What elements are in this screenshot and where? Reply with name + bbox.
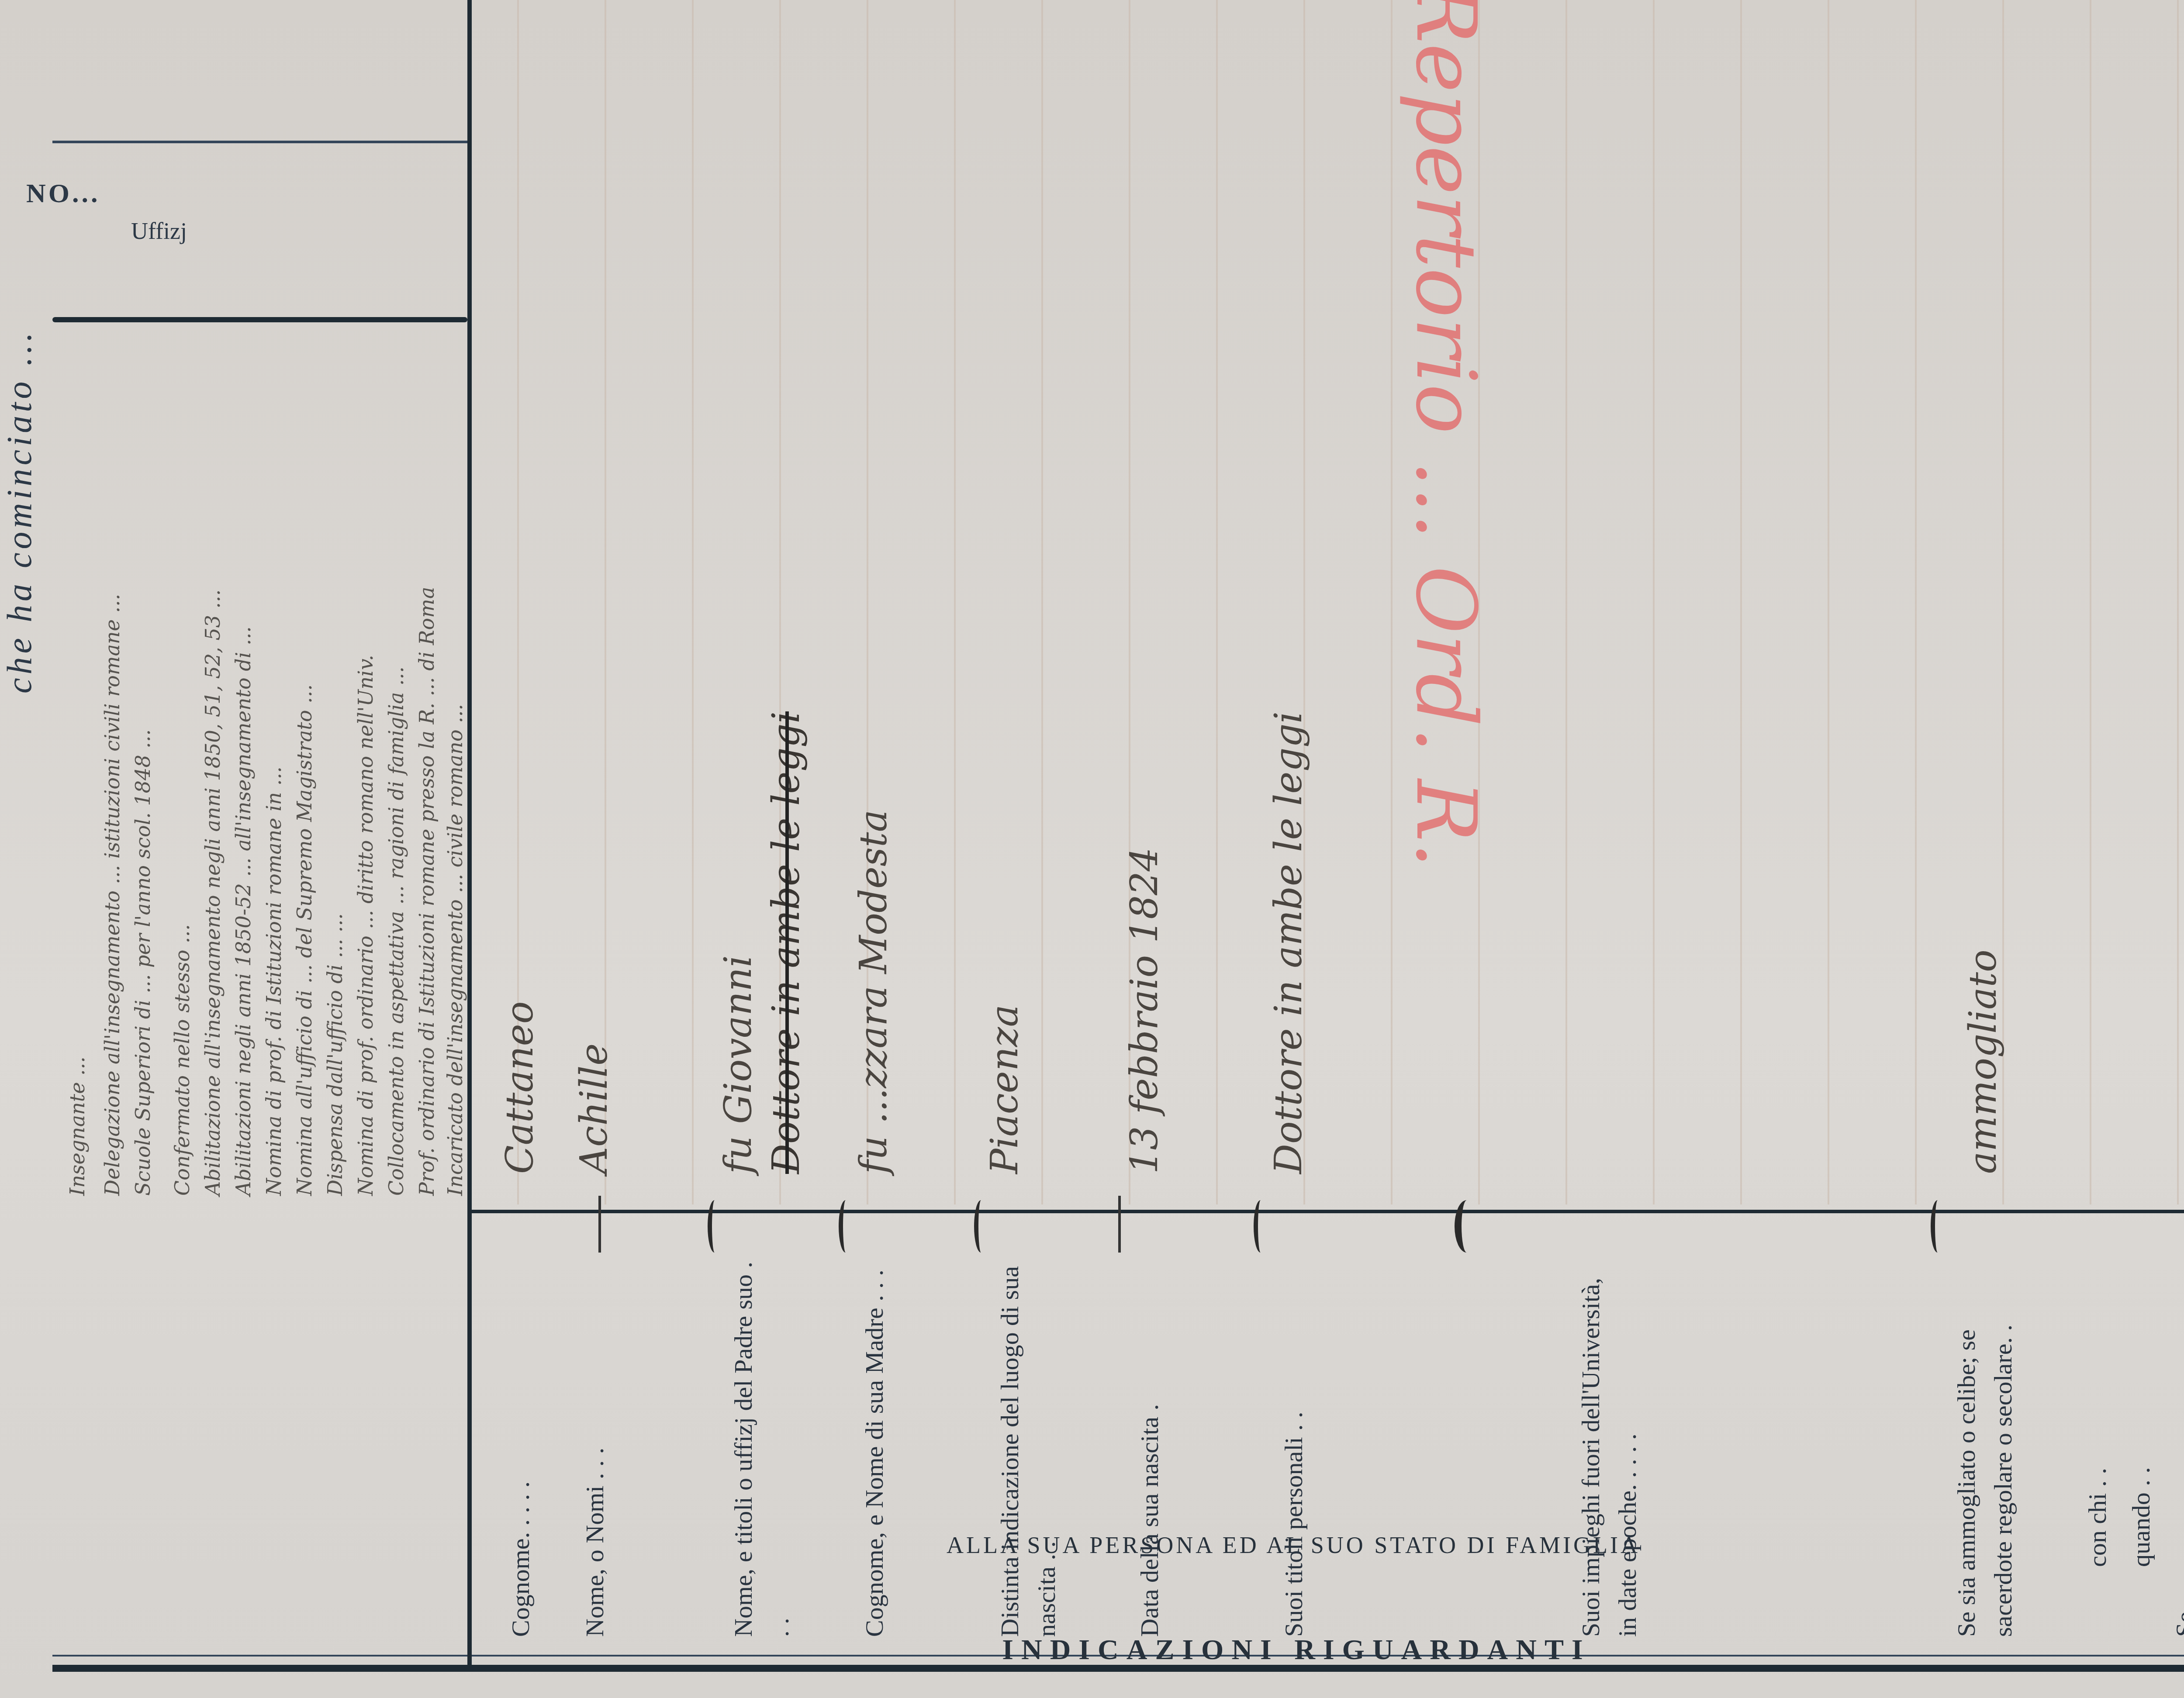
label-padre: Nome, e titoli o uffizj del Padre suo . … (725, 1253, 798, 1637)
value-cognome: Cattaneo (498, 1001, 542, 1174)
header-divider (467, 0, 472, 1672)
red-pencil-annotation: Repertorio ... Ord. R. (1398, 0, 1494, 868)
document-page: che ha cominciato ... NO... Uffizj Inseg… (0, 0, 2184, 1698)
column-divider-thin (52, 141, 467, 143)
label-quando: quando . . (2123, 1183, 2160, 1567)
row-brace (1254, 1200, 1268, 1253)
top-caption: che ha cominciato ... (0, 329, 40, 694)
office-entry: Collocamento in aspettativa ... ragioni … (384, 666, 408, 1196)
office-entry: Nomina di prof. ordinario ... diritto ro… (354, 655, 377, 1196)
row-brace (1455, 1200, 1479, 1253)
row-brace (839, 1200, 853, 1253)
row-separator (1118, 1196, 1121, 1253)
value-stato-civile: ammogliato (1961, 949, 2005, 1174)
section-title: INDICAZIONI RIGUARDANTI (641, 1633, 1952, 1667)
office-entry: Incaricato dell'insegnamento ... civile … (443, 704, 467, 1196)
label-impieghi: Suoi impieghi fuori dell'Università, in … (1572, 1253, 1646, 1637)
office-entry: Scuole Superiori di ... per l'anno scol.… (131, 729, 155, 1196)
row-separator (598, 1196, 601, 1253)
label-stato-civile: Se sia ammogliato o celibe; se sacerdote… (1948, 1253, 2022, 1637)
office-entry: Nomina di prof. di Istituzioni romane in… (262, 766, 286, 1196)
office-entry: Nomina all'ufficio di ... del Supremo Ma… (293, 684, 316, 1196)
label-con-chi: con chi . . (2079, 1183, 2116, 1567)
label-se: Se... (2167, 1253, 2184, 1637)
label-data-nascita: Data della sua nascita . (1131, 1253, 1168, 1637)
row-brace (708, 1200, 722, 1253)
office-entry: Delegazione all'insegnamento ... istituz… (100, 594, 124, 1196)
right-column-title: NO... (26, 178, 100, 209)
office-entry: Dispensa dall'ufficio di ... ... (323, 913, 347, 1196)
label-titoli: Suoi titoli personali . . (1275, 1253, 1312, 1637)
column-divider (52, 317, 467, 322)
value-nome: Achille (572, 1043, 616, 1174)
office-entry: Insegnante ... (66, 1056, 89, 1196)
office-entry: Abilitazione all'insegnamento negli anni… (201, 590, 225, 1196)
label-luogo-nascita: Distinta indicazione del luogo di sua na… (992, 1253, 1065, 1637)
label-nome: Nome, o Nomi . . . (577, 1253, 613, 1637)
office-entry: Confermato nello stesso ... (170, 924, 194, 1196)
value-padre: fu Giovanni (716, 955, 760, 1174)
value-madre: fu ...zzara Modesta (852, 810, 895, 1174)
value-padre-struck: Dottore in ambe le leggi (764, 711, 808, 1174)
office-entry: Prof. ordinario di Istituzioni romane pr… (415, 587, 439, 1196)
uffizj-label: Uffizj (131, 217, 187, 245)
label-madre: Cognome, e Nome di sua Madre . . . (856, 1253, 893, 1637)
value-data-nascita: 13 febbraio 1824 (1123, 848, 1166, 1174)
office-entry: Abilitazioni negli anni 1850-52 ... all'… (232, 626, 255, 1196)
value-luogo-nascita: Piacenza (983, 1004, 1026, 1174)
row-brace (974, 1200, 988, 1253)
row-brace (1931, 1200, 1945, 1253)
value-titoli: Dottore in ambe le leggi (1267, 711, 1310, 1174)
label-cognome: Cognome. . . . . (502, 1253, 539, 1637)
